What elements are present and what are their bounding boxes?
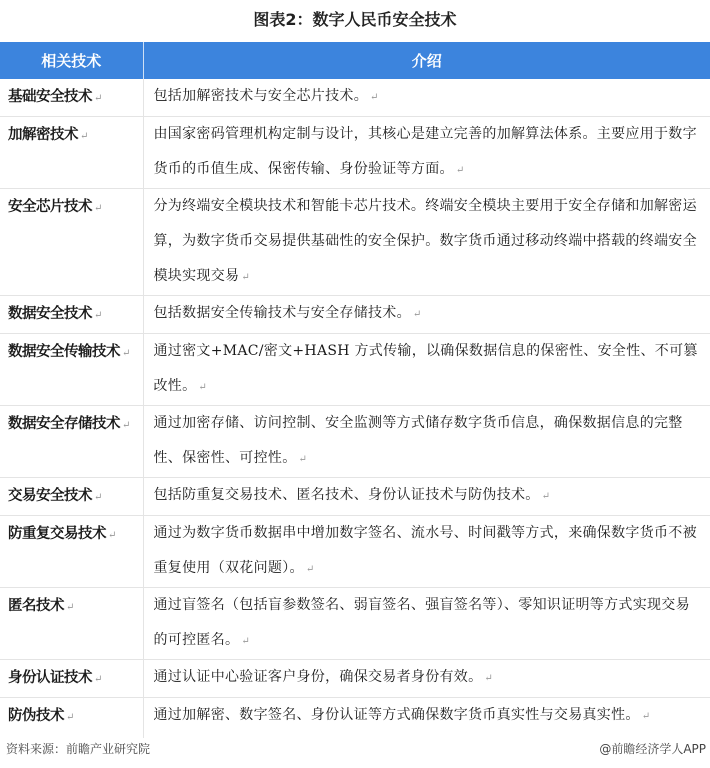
tech-name: 加解密技术 — [8, 126, 78, 143]
return-mark-icon: ↵ — [66, 602, 74, 613]
return-mark-icon: ↵ — [306, 564, 315, 575]
tech-description-cell: 通过加解密、数字签名、身份认证等方式确保数字货币真实性与交易真实性。↵ — [143, 698, 710, 738]
tech-description: 包括加解密技术与安全芯片技术。 — [154, 88, 369, 104]
tech-description-cell: 通过密文+MAC/密文+HASH 方式传输，以确保数据信息的保密性、安全性、不可… — [143, 334, 710, 406]
credit-note: @前瞻经济学人APP — [599, 740, 706, 757]
return-mark-icon: ↵ — [66, 712, 74, 723]
tech-name: 基础安全技术 — [8, 88, 92, 105]
tech-description: 通过密文+MAC/密文+HASH 方式传输，以确保数据信息的保密性、安全性、不可… — [154, 343, 698, 394]
return-mark-icon: ↵ — [241, 272, 250, 283]
source-note: 资料来源：前瞻产业研究院 — [6, 740, 150, 757]
tech-description: 通过为数字货币数据串中增加数字签名、流水号、时间戳等方式，来确保数字货币不被重复… — [154, 525, 697, 576]
tech-description-cell: 分为终端安全模块技术和智能卡芯片技术。终端安全模块主要用于安全存储和加解密运算，… — [143, 189, 710, 296]
return-mark-icon: ↵ — [370, 92, 379, 103]
return-mark-icon: ↵ — [94, 674, 102, 685]
tech-description-cell: 包括加解密技术与安全芯片技术。↵ — [143, 79, 710, 117]
return-mark-icon: ↵ — [108, 530, 116, 541]
tech-description: 通过加解密、数字签名、身份认证等方式确保数字货币真实性与交易真实性。 — [154, 707, 640, 723]
return-mark-icon: ↵ — [94, 203, 102, 214]
tech-name: 安全芯片技术 — [8, 198, 92, 215]
table-row: 基础安全技术↵包括加解密技术与安全芯片技术。↵ — [0, 79, 710, 117]
tech-description-cell: 通过为数字货币数据串中增加数字签名、流水号、时间戳等方式，来确保数字货币不被重复… — [143, 516, 710, 588]
return-mark-icon: ↵ — [94, 492, 102, 503]
tech-name-cell: 基础安全技术↵ — [0, 79, 143, 117]
tech-name: 身份认证技术 — [8, 669, 92, 686]
return-mark-icon: ↵ — [94, 93, 102, 104]
return-mark-icon: ↵ — [299, 454, 308, 465]
tech-description-cell: 包括防重复交易技术、匿名技术、身份认证技术与防伪技术。↵ — [143, 478, 710, 516]
table-row: 数据安全传输技术↵通过密文+MAC/密文+HASH 方式传输，以确保数据信息的保… — [0, 334, 710, 406]
tech-name: 数据安全存储技术 — [8, 415, 120, 432]
table-row: 数据安全技术↵包括数据安全传输技术与安全存储技术。↵ — [0, 296, 710, 334]
tech-description-cell: 通过加密存储、访问控制、安全监测等方式储存数字货币信息，确保数据信息的完整性、保… — [143, 406, 710, 478]
tech-name-cell: 数据安全技术↵ — [0, 296, 143, 334]
tech-description-cell: 由国家密码管理机构定制与设计，其核心是建立完善的加解算法体系。主要应用于数字货币… — [143, 117, 710, 189]
tech-description-cell: 通过盲签名（包括盲参数签名、弱盲签名、强盲签名等）、零知识证明等方式实现交易的可… — [143, 588, 710, 660]
security-tech-table: 相关技术 介绍 基础安全技术↵包括加解密技术与安全芯片技术。↵加解密技术↵由国家… — [0, 42, 710, 738]
return-mark-icon: ↵ — [642, 711, 651, 722]
table-row: 防伪技术↵通过加解密、数字签名、身份认证等方式确保数字货币真实性与交易真实性。↵ — [0, 698, 710, 738]
table-row: 防重复交易技术↵通过为数字货币数据串中增加数字签名、流水号、时间戳等方式，来确保… — [0, 516, 710, 588]
return-mark-icon: ↵ — [456, 165, 465, 176]
tech-description-cell: 通过认证中心验证客户身份，确保交易者身份有效。↵ — [143, 660, 710, 698]
tech-name: 匿名技术 — [8, 597, 64, 614]
table-row: 交易安全技术↵包括防重复交易技术、匿名技术、身份认证技术与防伪技术。↵ — [0, 478, 710, 516]
table-row: 加解密技术↵由国家密码管理机构定制与设计，其核心是建立完善的加解算法体系。主要应… — [0, 117, 710, 189]
table-row: 身份认证技术↵通过认证中心验证客户身份，确保交易者身份有效。↵ — [0, 660, 710, 698]
table-header-row: 相关技术 介绍 — [0, 42, 710, 79]
tech-name-cell: 安全芯片技术↵ — [0, 189, 143, 296]
tech-name-cell: 匿名技术↵ — [0, 588, 143, 660]
tech-name: 防伪技术 — [8, 707, 64, 724]
tech-name-cell: 数据安全存储技术↵ — [0, 406, 143, 478]
table-row: 匿名技术↵通过盲签名（包括盲参数签名、弱盲签名、强盲签名等）、零知识证明等方式实… — [0, 588, 710, 660]
return-mark-icon: ↵ — [122, 420, 130, 431]
tech-name: 数据安全技术 — [8, 305, 92, 322]
page-title: 图表2：数字人民币安全技术 — [0, 8, 710, 32]
tech-name-cell: 数据安全传输技术↵ — [0, 334, 143, 406]
tech-description: 由国家密码管理机构定制与设计，其核心是建立完善的加解算法体系。主要应用于数字货币… — [154, 126, 697, 177]
tech-name: 防重复交易技术 — [8, 525, 106, 542]
return-mark-icon: ↵ — [413, 309, 422, 320]
tech-description: 包括防重复交易技术、匿名技术、身份认证技术与防伪技术。 — [154, 487, 540, 503]
table-row: 安全芯片技术↵分为终端安全模块技术和智能卡芯片技术。终端安全模块主要用于安全存储… — [0, 189, 710, 296]
tech-description-cell: 包括数据安全传输技术与安全存储技术。↵ — [143, 296, 710, 334]
tech-description: 通过认证中心验证客户身份，确保交易者身份有效。 — [154, 669, 483, 685]
return-mark-icon: ↵ — [122, 348, 130, 359]
tech-name-cell: 防伪技术↵ — [0, 698, 143, 738]
tech-name: 交易安全技术 — [8, 487, 92, 504]
tech-name-cell: 身份认证技术↵ — [0, 660, 143, 698]
tech-description: 分为终端安全模块技术和智能卡芯片技术。终端安全模块主要用于安全存储和加解密运算，… — [154, 198, 697, 284]
tech-description: 通过加密存储、访问控制、安全监测等方式储存数字货币信息，确保数据信息的完整性、保… — [154, 415, 683, 466]
return-mark-icon: ↵ — [80, 131, 88, 142]
header-related-tech: 相关技术 — [0, 42, 143, 79]
tech-description: 包括数据安全传输技术与安全存储技术。 — [154, 305, 411, 321]
tech-name-cell: 加解密技术↵ — [0, 117, 143, 189]
return-mark-icon: ↵ — [542, 491, 551, 502]
return-mark-icon: ↵ — [241, 636, 250, 647]
tech-name: 数据安全传输技术 — [8, 343, 120, 360]
return-mark-icon: ↵ — [484, 673, 493, 684]
tech-name-cell: 防重复交易技术↵ — [0, 516, 143, 588]
header-introduction: 介绍 — [143, 42, 710, 79]
tech-description: 通过盲签名（包括盲参数签名、弱盲签名、强盲签名等）、零知识证明等方式实现交易的可… — [154, 597, 690, 648]
return-mark-icon: ↵ — [198, 382, 207, 393]
table-row: 数据安全存储技术↵通过加密存储、访问控制、安全监测等方式储存数字货币信息，确保数… — [0, 406, 710, 478]
return-mark-icon: ↵ — [94, 310, 102, 321]
tech-name-cell: 交易安全技术↵ — [0, 478, 143, 516]
